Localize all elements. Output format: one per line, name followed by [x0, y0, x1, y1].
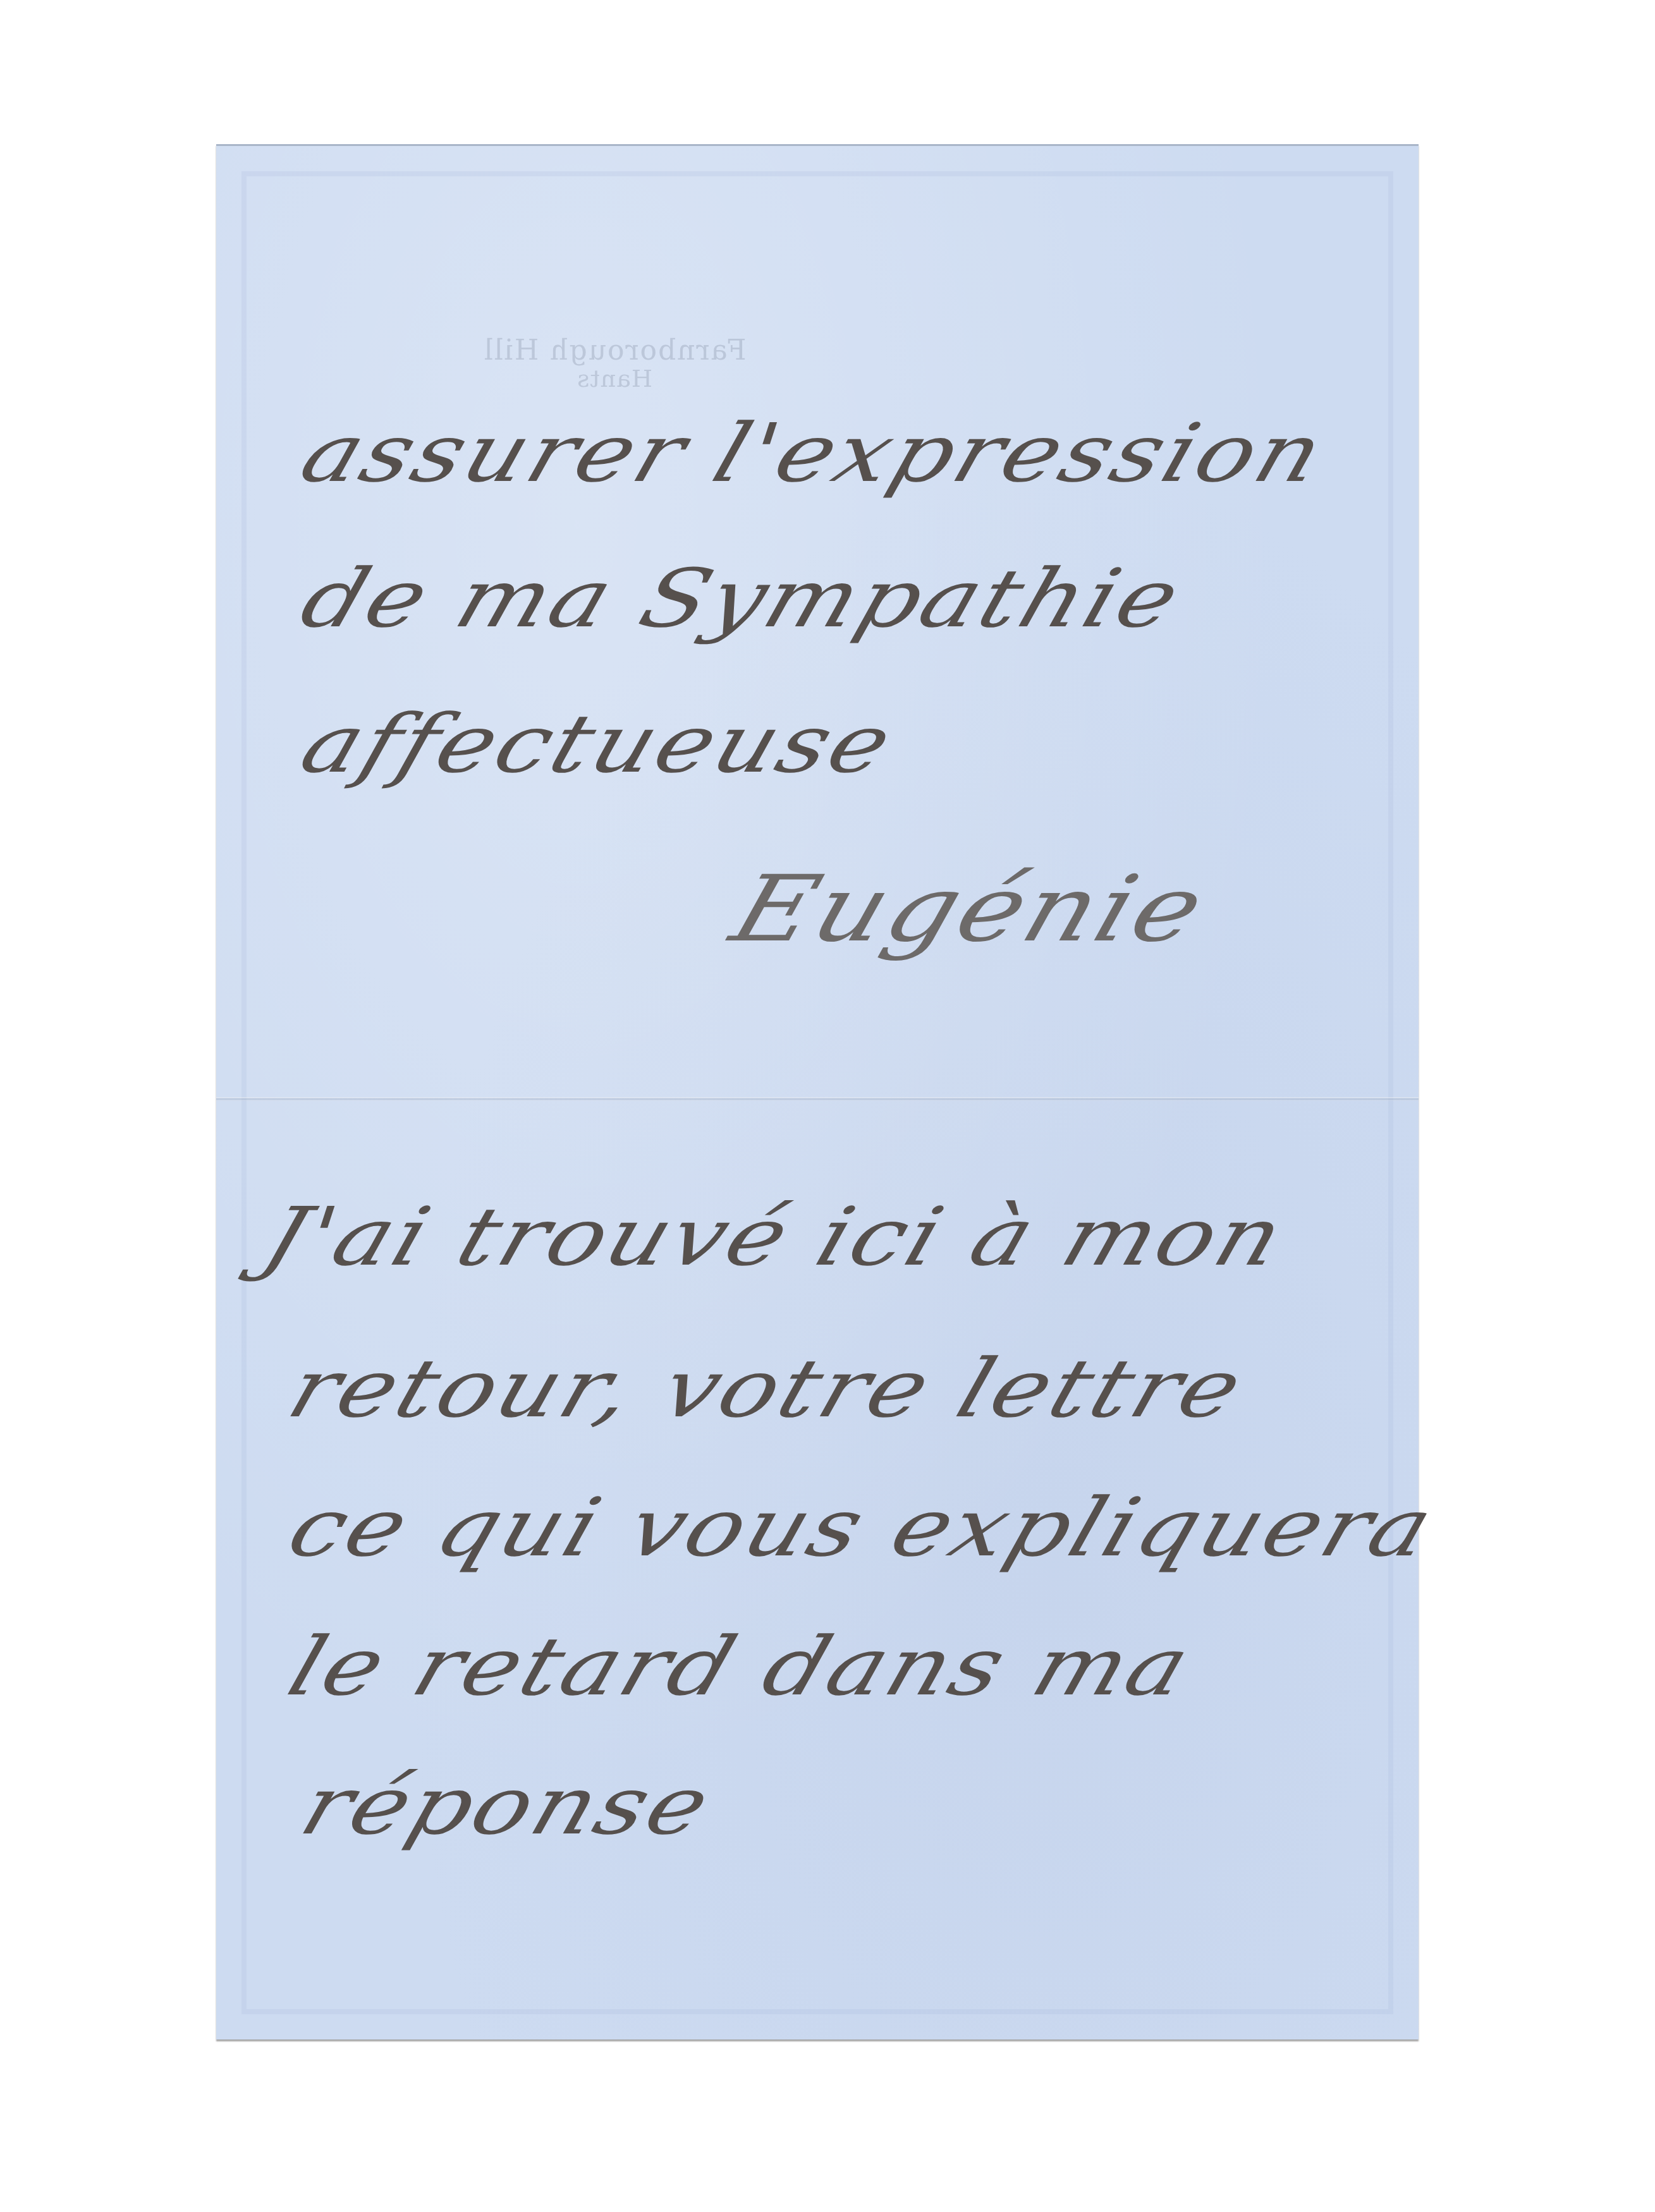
handwritten-line-1: assurer l'expression: [292, 413, 1334, 494]
paper-fold-crease: [216, 1097, 1419, 1101]
handwritten-line-3: affectueuse: [292, 704, 903, 785]
signature: Eugénie: [722, 864, 1216, 956]
letterhead-line-2: Hants: [393, 366, 836, 392]
handwritten-line-8: réponse: [292, 1766, 721, 1847]
handwritten-line-4: J'ai trouvé ici à mon: [254, 1197, 1295, 1278]
handwritten-line-5: retour, votre lettre: [279, 1349, 1254, 1430]
letterhead-line-1: Farnborough Hill: [393, 336, 836, 366]
handwritten-line-6: ce qui vous expliquera: [279, 1488, 1444, 1569]
handwritten-line-2: de ma Sympathie: [292, 559, 1191, 640]
letter-sheet: Farnborough Hill Hants assurer l'express…: [216, 144, 1419, 2039]
embossed-letterhead: Farnborough Hill Hants: [393, 336, 836, 392]
handwritten-line-7: le retard dans ma: [279, 1627, 1201, 1708]
